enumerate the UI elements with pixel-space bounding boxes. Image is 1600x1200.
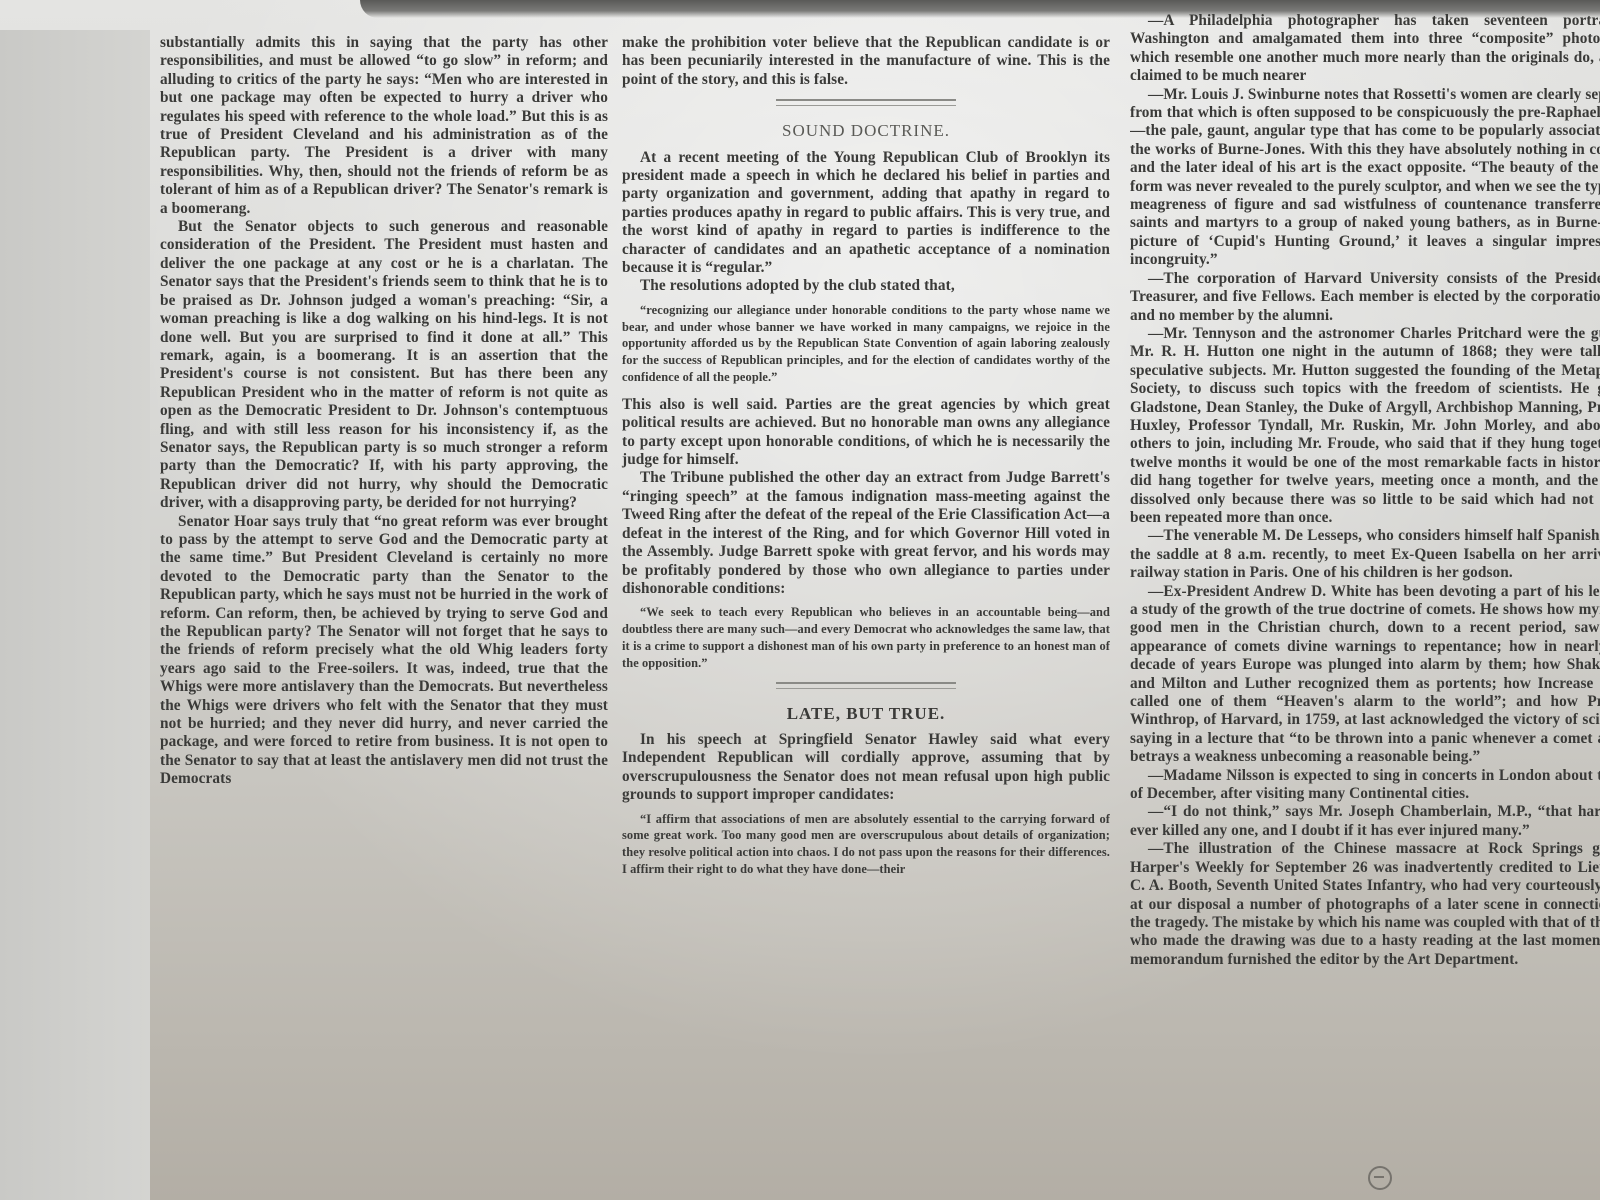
left-margin xyxy=(0,30,150,1200)
middle-intro: make the prohibition voter believe that … xyxy=(622,34,1110,89)
right-item-7: —Madame Nilsson is expected to sing in c… xyxy=(1130,767,1600,804)
right-item-6: —Ex-President Andrew D. White has been d… xyxy=(1130,583,1600,767)
left-paragraph-2: But the Senator objects to such generous… xyxy=(160,218,608,513)
newspaper-page: substantially admits this in saying that… xyxy=(0,0,1600,1200)
middle-column: make the prohibition voter believe that … xyxy=(622,34,1110,888)
section-divider xyxy=(776,99,956,106)
late-but-true-p1: In his speech at Springfield Senator Haw… xyxy=(622,731,1110,805)
sound-doctrine-p4: The Tribune published the other day an e… xyxy=(622,469,1110,598)
right-item-4: —Mr. Tennyson and the astronomer Charles… xyxy=(1130,325,1600,527)
section-divider-2 xyxy=(776,682,956,689)
sound-doctrine-quote1: “recognizing our allegiance under honora… xyxy=(622,302,1110,386)
sound-doctrine-p2: The resolutions adopted by the club stat… xyxy=(622,277,1110,295)
right-item-3: —The corporation of Harvard University c… xyxy=(1130,270,1600,325)
right-item-1: —A Philadelphia photographer has taken s… xyxy=(1130,12,1600,86)
late-but-true-quote1: “I affirm that associations of men are a… xyxy=(622,811,1110,878)
sound-doctrine-p1: At a recent meeting of the Young Republi… xyxy=(622,149,1110,278)
right-item-2: —Mr. Louis J. Swinburne notes that Rosse… xyxy=(1130,86,1600,270)
right-item-8: —“I do not think,” says Mr. Joseph Chamb… xyxy=(1130,803,1600,840)
sound-doctrine-p3: This also is well said. Parties are the … xyxy=(622,396,1110,470)
left-column: substantially admits this in saying that… xyxy=(160,34,608,789)
heading-late-but-true: LATE, BUT TRUE. xyxy=(622,705,1110,723)
heading-sound-doctrine: SOUND DOCTRINE. xyxy=(622,122,1110,140)
left-paragraph-1: substantially admits this in saying that… xyxy=(160,34,608,218)
left-paragraph-3: Senator Hoar says truly that “no great r… xyxy=(160,513,608,789)
right-item-5: —The venerable M. De Lesseps, who consid… xyxy=(1130,527,1600,582)
right-item-9: —The illustration of the Chinese massacr… xyxy=(1130,840,1600,969)
sound-doctrine-quote2: “We seek to teach every Republican who b… xyxy=(622,604,1110,671)
right-column: —A Philadelphia photographer has taken s… xyxy=(1130,12,1600,969)
pencil-circle-mark xyxy=(1368,1166,1392,1190)
